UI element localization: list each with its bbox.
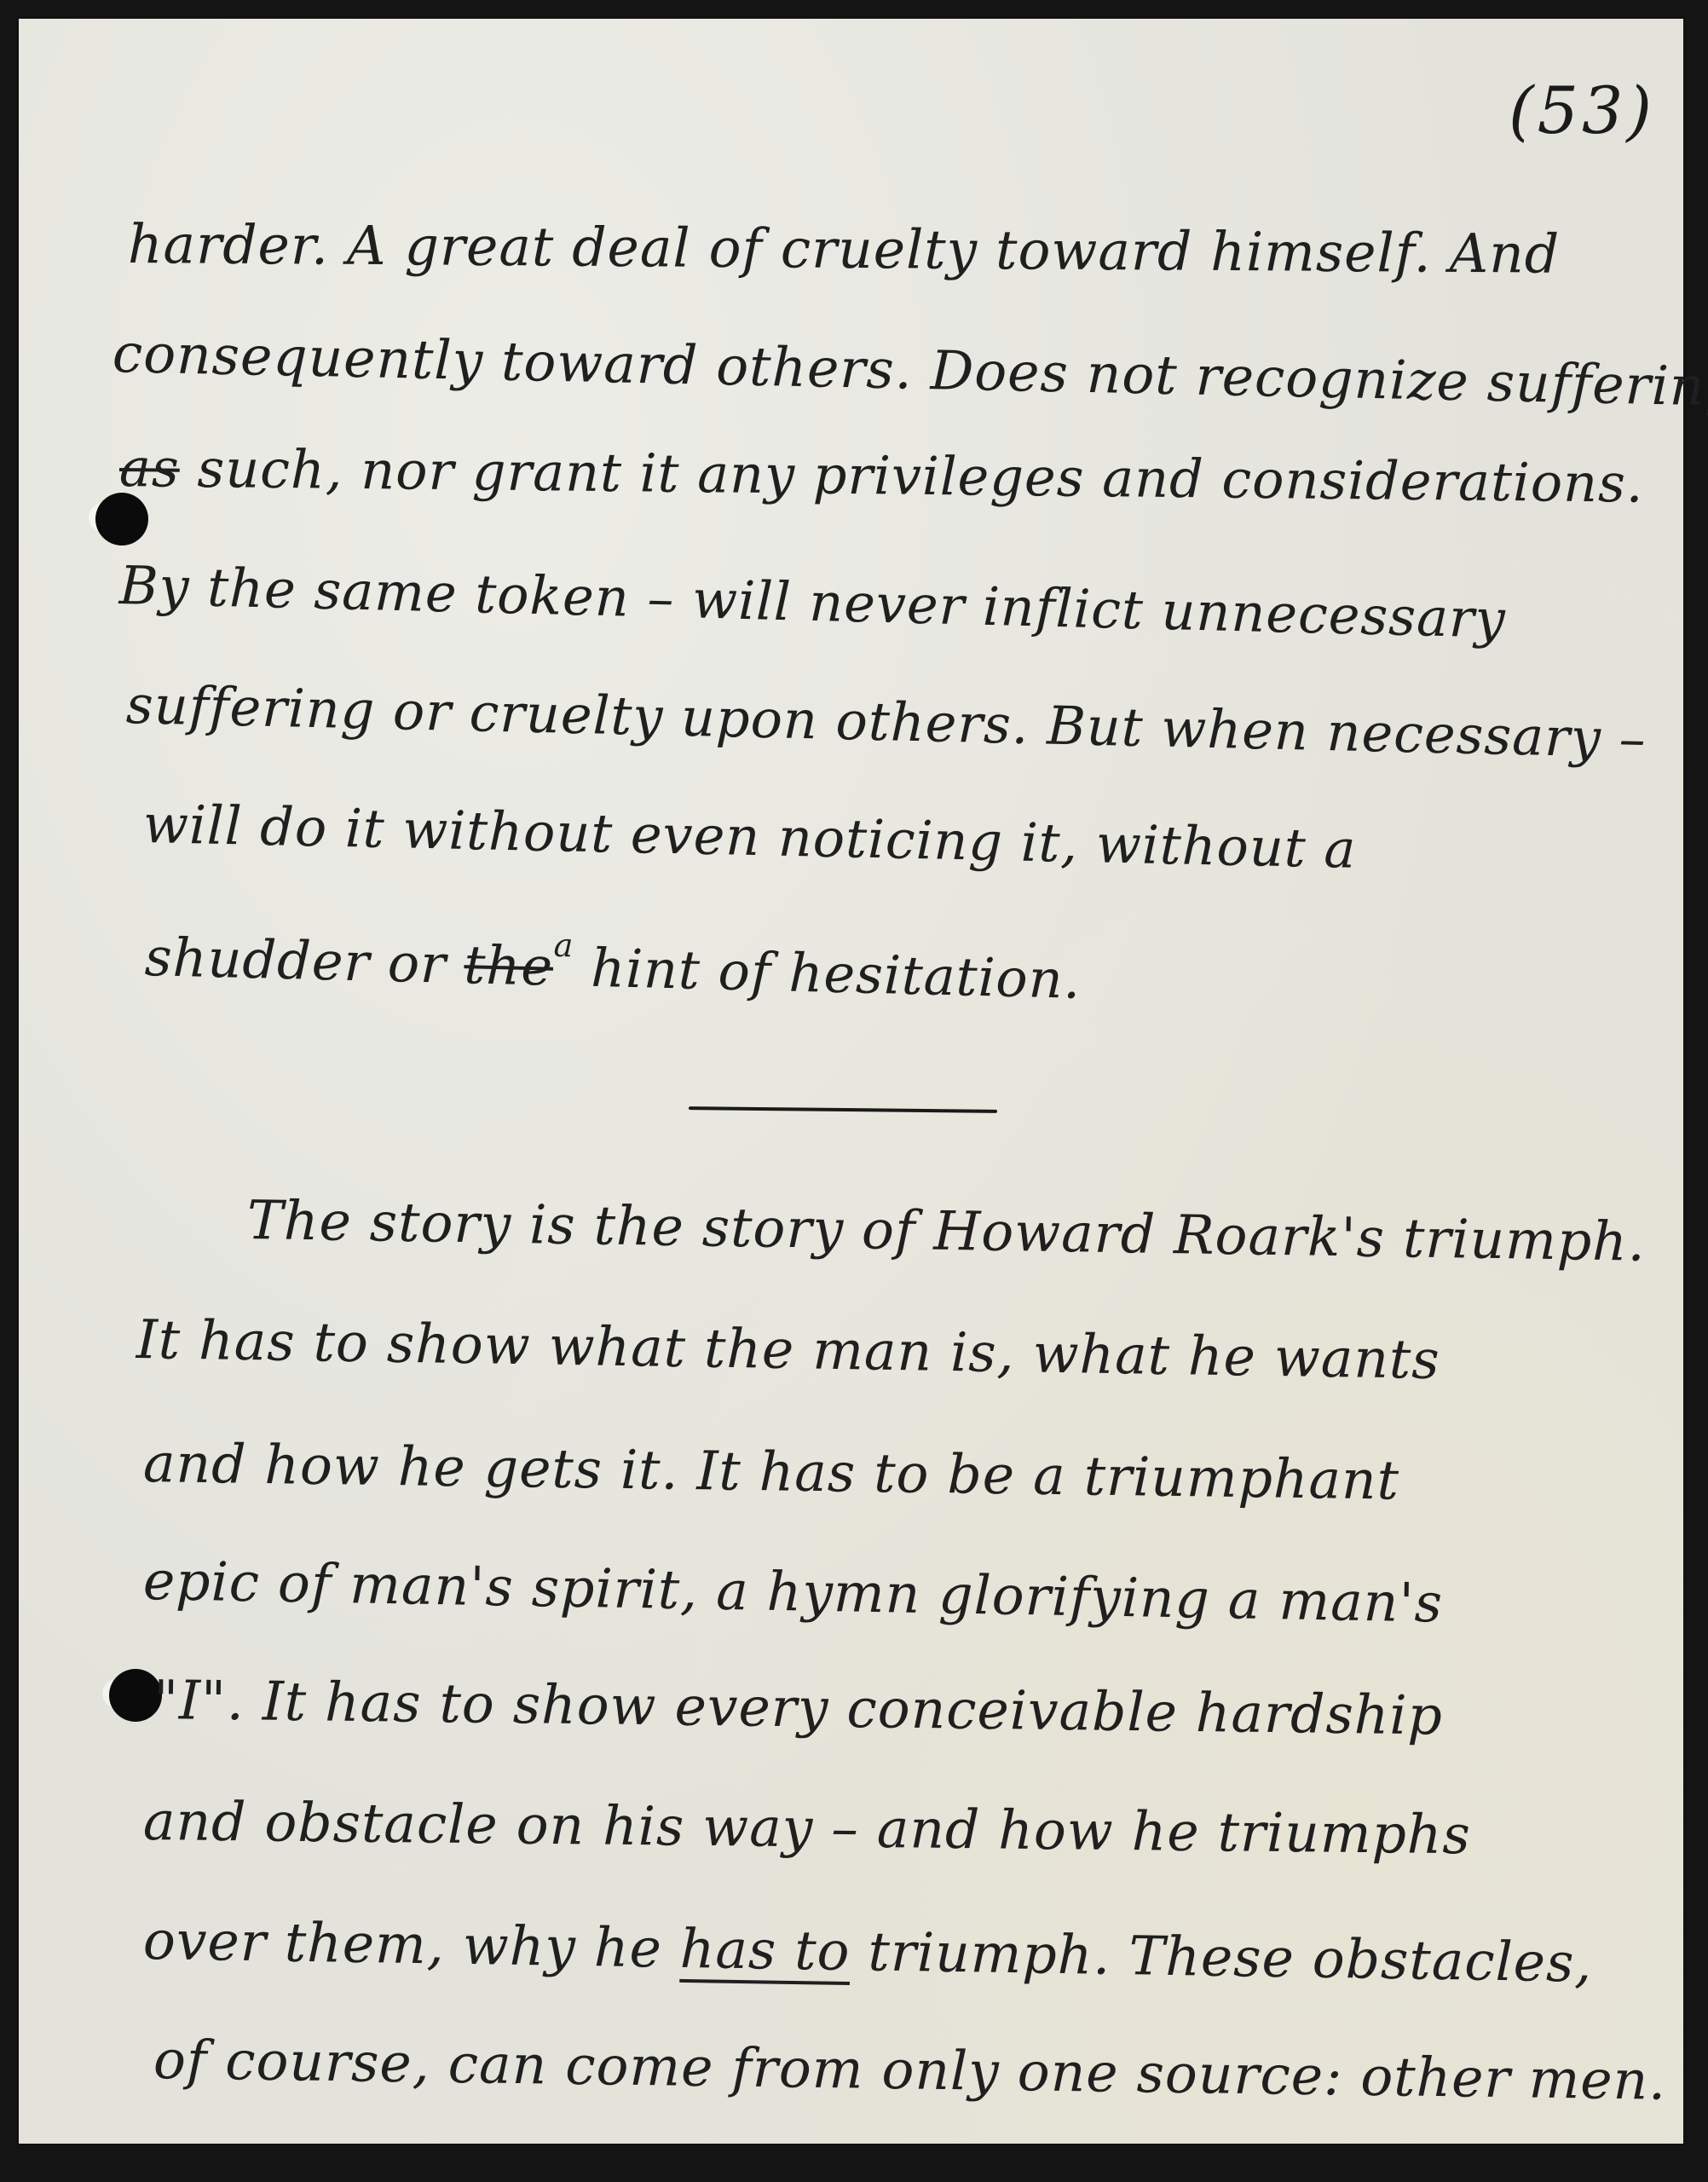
text-segment: hint of hesitation. <box>573 936 1082 1011</box>
text-segment: shudder or <box>144 926 465 996</box>
underlined-phrase: has to <box>679 1918 851 1983</box>
struck-word: the <box>464 933 554 998</box>
text-line: harder. A great deal of cruelty toward h… <box>128 213 1561 286</box>
text-segment: over them, why he <box>142 1909 680 1980</box>
inserted-word: a <box>553 926 574 965</box>
page-number: (53) <box>1509 72 1655 148</box>
text-segment: triumph. These obstacles, <box>850 1920 1593 1994</box>
punch-hole-icon <box>95 493 148 545</box>
struck-word: as <box>119 436 181 499</box>
